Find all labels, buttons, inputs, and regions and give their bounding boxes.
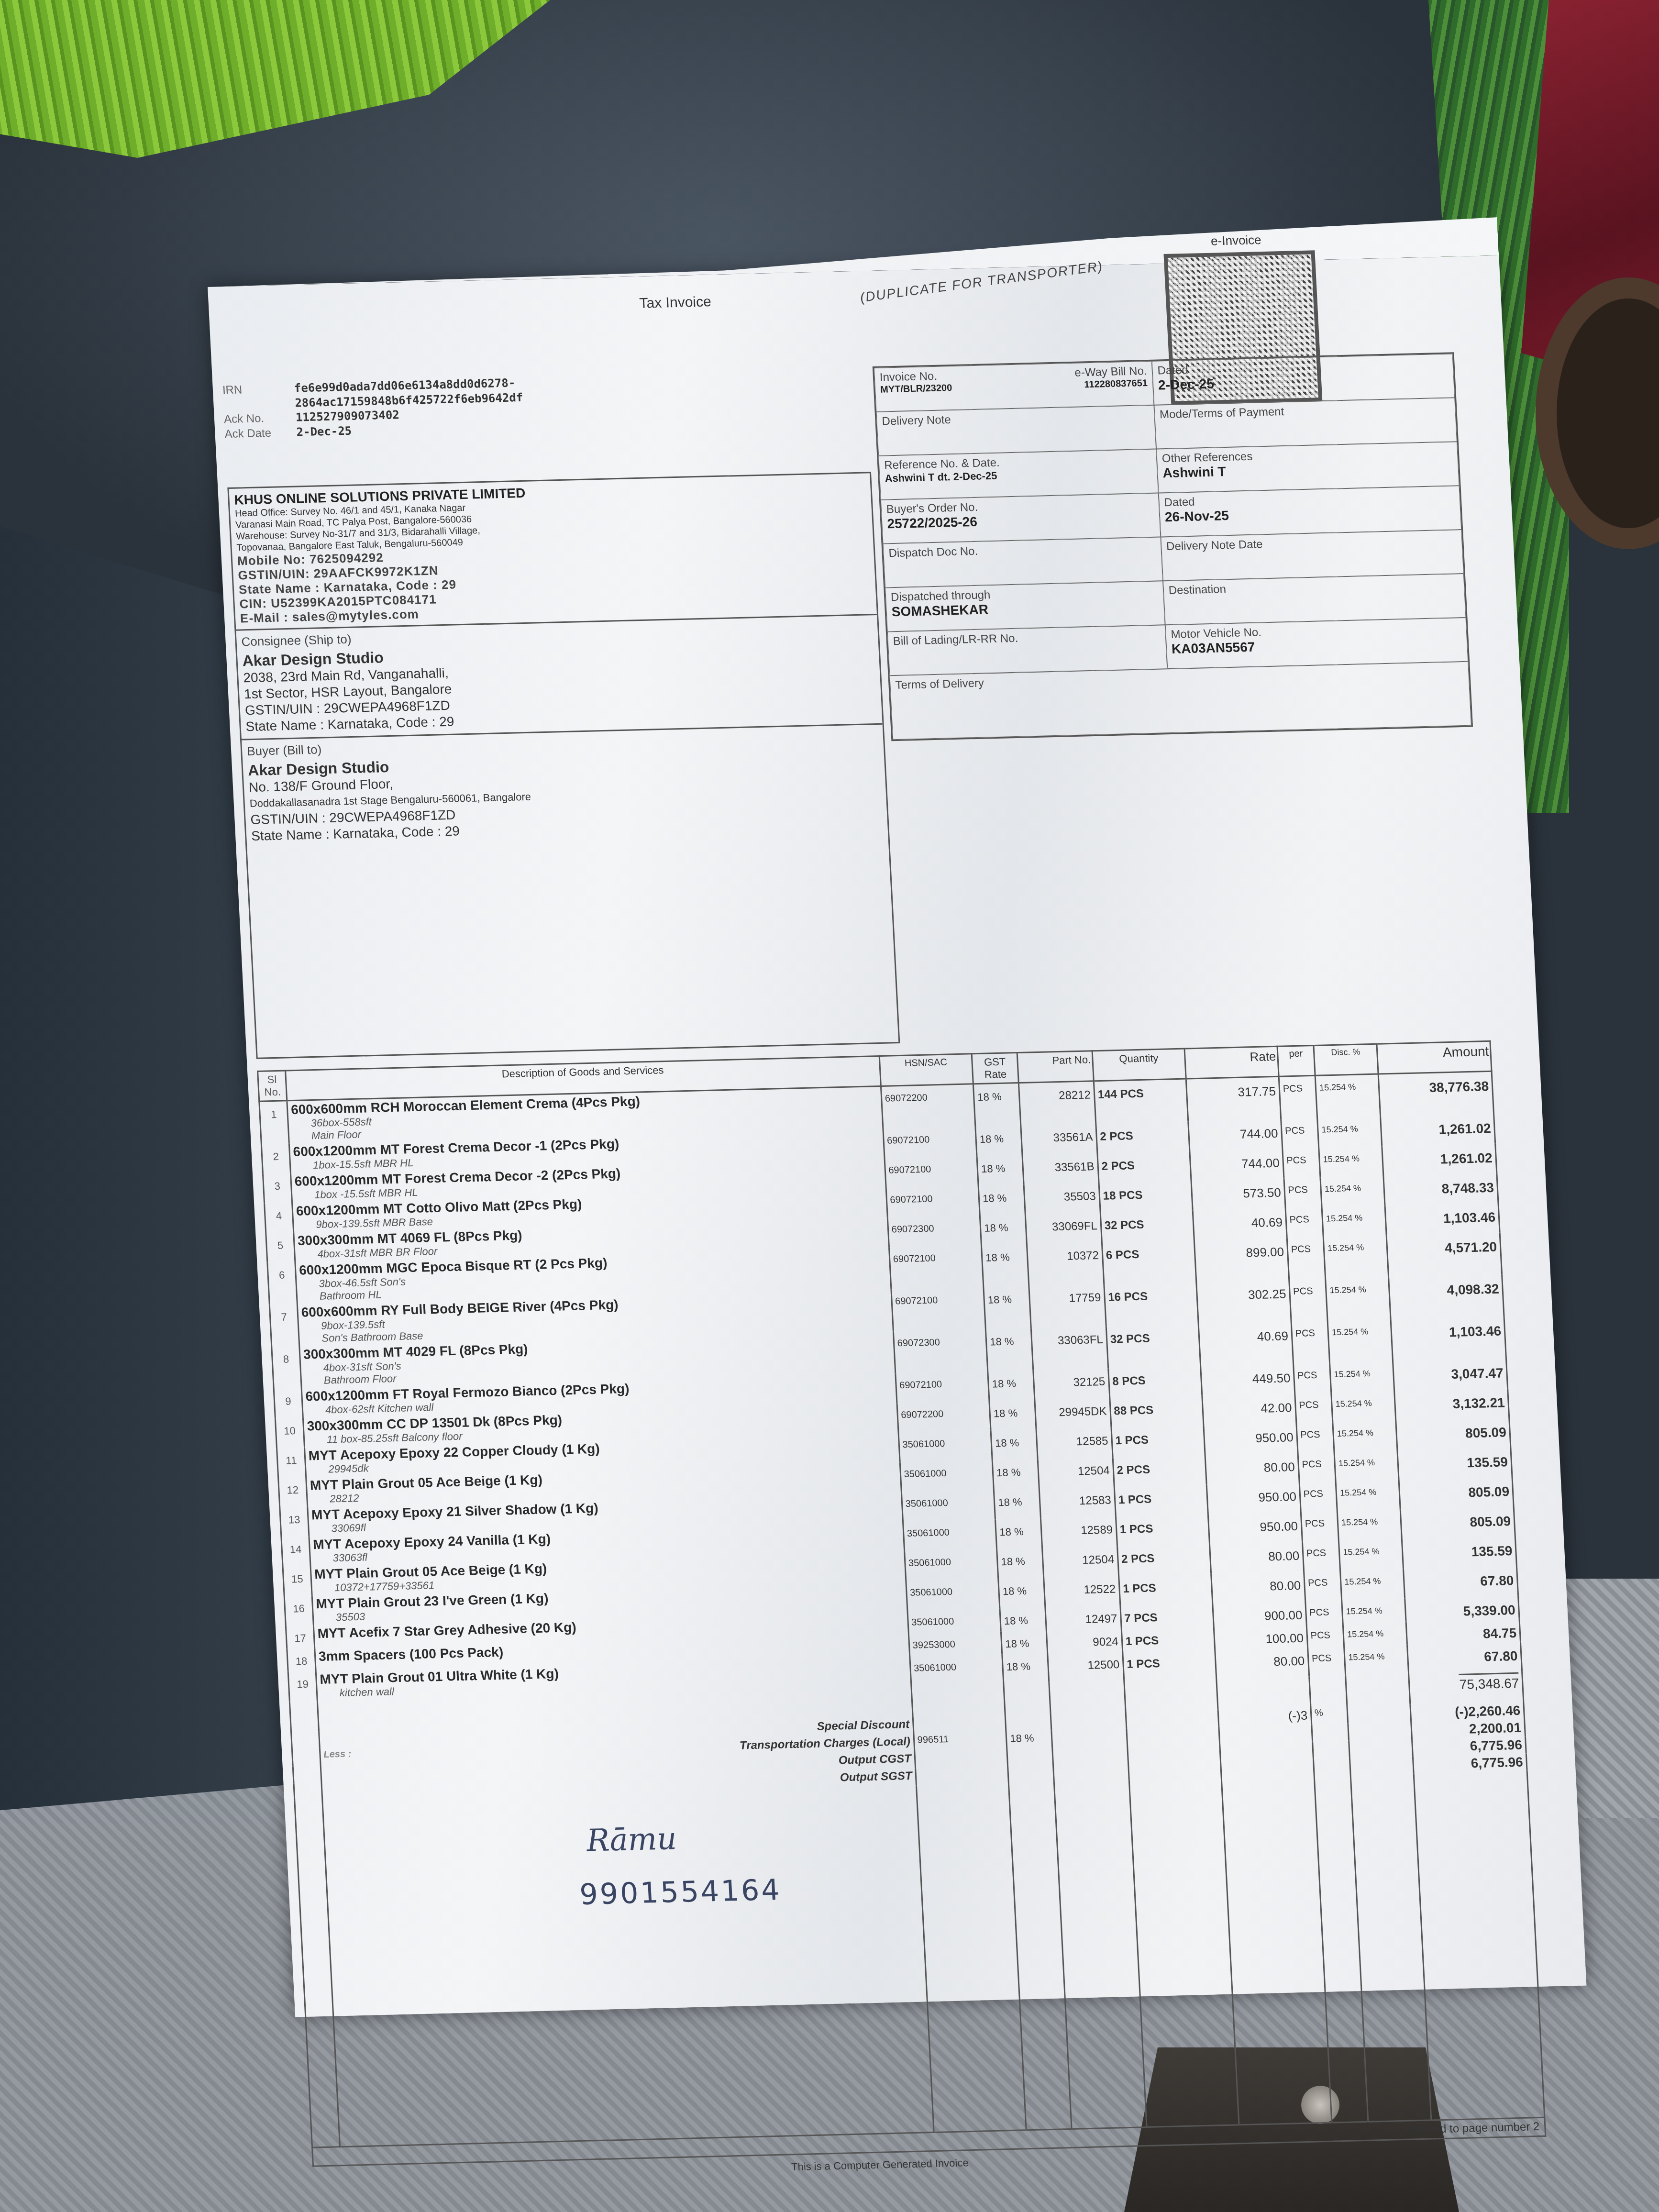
item-disc: 15.254 % — [1336, 1480, 1400, 1511]
item-hsn: 35061000 — [904, 1549, 998, 1581]
item-qty: 16 PCS — [1104, 1282, 1198, 1327]
item-disc: 15.254 % — [1333, 1421, 1397, 1452]
continued-note: continued to page number 2 — [1396, 2120, 1540, 2136]
item-sl: 9 — [274, 1388, 303, 1418]
item-gst: 18 % — [982, 1244, 1029, 1287]
item-disc: 15.254 % — [1343, 1622, 1407, 1646]
einvoice-label: e-Invoice — [1210, 232, 1261, 249]
item-part: 17759 — [1029, 1284, 1106, 1328]
item-gst: 18 % — [975, 1126, 1022, 1156]
item-hsn: 69072200 — [881, 1084, 975, 1129]
delivery-note-cell: Delivery Note — [876, 405, 1156, 456]
ack-no-label: Ack No. — [223, 411, 296, 427]
item-per: PCS — [1305, 1600, 1343, 1624]
buyer-section: Buyer (Bill to) Akar Design Studio No. 1… — [242, 723, 888, 849]
adjustment-hsn — [914, 1749, 1007, 1769]
item-hsn: 35061000 — [898, 1431, 993, 1463]
adjustment-gst — [1007, 1748, 1053, 1766]
item-sl: 18 — [287, 1648, 316, 1671]
col-part: Part No. — [1017, 1051, 1094, 1083]
item-sl: 8 — [272, 1346, 301, 1389]
item-qty: 2 PCS — [1095, 1121, 1190, 1153]
item-disc: 15.254 % — [1319, 1146, 1383, 1177]
item-part: 12522 — [1044, 1576, 1120, 1607]
item-amount: 805.09 — [1400, 1507, 1515, 1539]
item-part: 28212 — [1018, 1081, 1095, 1126]
item-qty: 1 PCS — [1122, 1649, 1217, 1681]
item-per: PCS — [1306, 1623, 1344, 1647]
item-amount: 1,103.46 — [1391, 1316, 1506, 1361]
item-rate: 950.00 — [1206, 1482, 1301, 1515]
item-rate: 42.00 — [1202, 1394, 1296, 1426]
item-sl: 11 — [277, 1448, 306, 1478]
item-gst: 18 % — [995, 1518, 1042, 1549]
item-disc: 15.254 % — [1330, 1361, 1394, 1393]
adjustment-gst: 18 % — [1006, 1731, 1052, 1749]
item-part: 12504 — [1038, 1457, 1114, 1489]
handwritten-phone: 9901554164 — [579, 1870, 918, 1912]
item-hsn: 69072100 — [889, 1245, 984, 1290]
item-per: PCS — [1301, 1511, 1339, 1542]
eway-bill-value: 112280837651 — [1084, 378, 1148, 390]
item-rate: 900.00 — [1213, 1601, 1306, 1626]
bill-of-lading-cell: Bill of Lading/LR-RR No. — [887, 625, 1167, 675]
item-amount: 8,748.33 — [1383, 1173, 1498, 1206]
payment-terms-cell: Mode/Terms of Payment — [1154, 398, 1457, 449]
col-gst: GST Rate — [972, 1053, 1018, 1084]
adjustment-label: Transportation Charges (Local) — [739, 1735, 910, 1752]
item-per: PCS — [1284, 1178, 1322, 1208]
irn-block: IRNfe6e99d0ada7dd06e6134a8dd0d6278- 2864… — [222, 375, 525, 442]
item-qty: 7 PCS — [1120, 1603, 1214, 1628]
item-sl: 17 — [286, 1625, 314, 1648]
item-part: 32125 — [1033, 1369, 1110, 1400]
item-hsn: 35061000 — [903, 1519, 997, 1551]
item-sl: 4 — [265, 1203, 294, 1233]
item-amount: 3,047.47 — [1393, 1359, 1508, 1391]
item-part: 12583 — [1039, 1487, 1116, 1518]
item-amount: 3,132.21 — [1394, 1388, 1509, 1421]
adjustment-rate — [1219, 1724, 1312, 1744]
item-disc: 15.254 % — [1344, 1645, 1409, 1676]
item-hsn: 69072100 — [891, 1287, 986, 1332]
item-hsn: 35061000 — [906, 1579, 1000, 1611]
invoice-no-cell: Invoice No.e-Way Bill No. MYT/BLR/232001… — [874, 361, 1154, 412]
adjustment-per — [1312, 1724, 1349, 1742]
invoice-page: Tax Invoice (DUPLICATE FOR TRANSPORTER) … — [208, 255, 1586, 2017]
item-amount: 135.59 — [1397, 1448, 1512, 1480]
item-hsn: 35061000 — [900, 1460, 994, 1493]
dispatched-through-cell: Dispatched through SOMASHEKAR — [885, 581, 1165, 631]
item-per: PCS — [1295, 1393, 1333, 1423]
item-hsn: 69072100 — [885, 1156, 979, 1188]
item-disc: 15.254 % — [1339, 1539, 1404, 1571]
item-qty: 8 PCS — [1108, 1366, 1202, 1398]
item-rate: 899.00 — [1194, 1238, 1289, 1282]
item-per: PCS — [1283, 1148, 1321, 1179]
adjustment-gst — [1005, 1714, 1051, 1732]
item-disc: 15.254 % — [1340, 1569, 1405, 1600]
item-per: PCS — [1298, 1452, 1336, 1482]
destination-cell: Destination — [1163, 574, 1466, 625]
item-amount: 805.09 — [1399, 1477, 1514, 1510]
item-rate: 100.00 — [1214, 1624, 1307, 1649]
item-sl: 12 — [278, 1477, 308, 1507]
item-gst: 18 % — [994, 1489, 1041, 1519]
item-per: PCS — [1279, 1075, 1317, 1119]
adjustment-gst — [1008, 1765, 1054, 1783]
item-gst: 18 % — [988, 1370, 1035, 1401]
item-per: PCS — [1281, 1118, 1319, 1149]
item-part: 12500 — [1048, 1651, 1124, 1683]
item-part: 12589 — [1041, 1516, 1117, 1548]
invoice-no-label: Invoice No. — [879, 370, 937, 385]
item-gst: 18 % — [977, 1155, 1024, 1186]
item-disc: 15.254 % — [1315, 1074, 1380, 1118]
adjustment-hsn — [913, 1714, 1006, 1734]
ack-date-label: Ack Date — [224, 426, 297, 441]
item-hsn: 35061000 — [901, 1490, 995, 1522]
terms-of-delivery-cell: Terms of Delivery — [890, 662, 1471, 740]
item-qty: 144 PCS — [1094, 1079, 1188, 1124]
adjustment-amount: (-)2,260.46 — [1410, 1702, 1525, 1722]
item-amount: 67.80 — [1404, 1566, 1518, 1599]
item-rate: 40.69 — [1193, 1208, 1287, 1240]
item-qty: 1 PCS — [1121, 1626, 1215, 1651]
adjustment-label: Output SGST — [840, 1770, 912, 1784]
col-hsn: HSN/SAC — [879, 1054, 973, 1086]
bill-of-lading-label: Bill of Lading/LR-RR No. — [893, 628, 1161, 648]
adjustment-amount: 2,200.01 — [1411, 1719, 1526, 1739]
goods-table: Sl No. Description of Goods and Services… — [257, 1040, 1547, 2185]
adjustment-rate — [1221, 1759, 1314, 1778]
item-rate: 744.00 — [1190, 1149, 1284, 1181]
item-amount: 1,103.46 — [1385, 1203, 1500, 1236]
item-qty: 1 PCS — [1114, 1485, 1208, 1517]
item-hsn: 39253000 — [908, 1631, 1002, 1657]
col-per: per — [1277, 1045, 1316, 1076]
item-part: 10372 — [1027, 1242, 1104, 1286]
item-disc: 15.254 % — [1331, 1391, 1396, 1422]
item-per: PCS — [1289, 1279, 1328, 1322]
item-rate: 317.75 — [1186, 1076, 1281, 1121]
seller-section: KHUS ONLINE SOLUTIONS PRIVATE LIMITED He… — [229, 473, 876, 629]
item-disc: 15.254 % — [1322, 1206, 1386, 1237]
item-gst: 18 % — [986, 1328, 1033, 1371]
item-gst: 18 % — [991, 1429, 1038, 1460]
item-per: PCS — [1293, 1363, 1331, 1394]
item-per: PCS — [1296, 1422, 1335, 1453]
item-gst: 18 % — [973, 1083, 1021, 1127]
item-qty: 18 PCS — [1099, 1181, 1193, 1213]
other-references-cell: Other References Ashwini T — [1156, 442, 1460, 493]
item-rows: 1600x600mm RCH Moroccan Element Crema (4… — [259, 1071, 1522, 1701]
ack-date-value: 2-Dec-25 — [296, 424, 352, 439]
adjustment-per — [1313, 1758, 1350, 1776]
item-sl: 3 — [263, 1173, 292, 1203]
item-qty: 2 PCS — [1113, 1455, 1207, 1487]
adjustment-rate — [1220, 1741, 1313, 1761]
adjustment-amount: 6,775.96 — [1412, 1736, 1526, 1757]
destination-label: Destination — [1168, 577, 1459, 597]
item-qty: 2 PCS — [1097, 1151, 1192, 1183]
dispatch-doc-label: Dispatch Doc No. — [888, 541, 1156, 561]
item-rate: 80.00 — [1215, 1647, 1309, 1679]
item-hsn: 35061000 — [907, 1608, 1001, 1634]
item-rate: 950.00 — [1208, 1512, 1303, 1544]
item-sl: 13 — [280, 1507, 309, 1537]
item-rate: 40.69 — [1198, 1322, 1293, 1366]
item-qty: 32 PCS — [1100, 1210, 1194, 1242]
reference-grid: Invoice No.e-Way Bill No. MYT/BLR/232001… — [873, 352, 1473, 741]
item-per: PCS — [1291, 1321, 1330, 1364]
item-qty: 32 PCS — [1106, 1324, 1201, 1369]
item-part: 33069FL — [1025, 1213, 1102, 1244]
col-amount: Amount — [1377, 1041, 1492, 1074]
item-sl: 7 — [269, 1304, 299, 1347]
item-rate: 302.25 — [1196, 1280, 1291, 1324]
item-gst: 18 % — [992, 1459, 1039, 1490]
item-disc: 15.254 % — [1326, 1277, 1391, 1321]
item-sl: 6 — [267, 1262, 297, 1305]
item-disc: 15.254 % — [1323, 1235, 1388, 1279]
item-per: PCS — [1307, 1646, 1346, 1677]
col-discount: Disc. % — [1314, 1044, 1378, 1075]
consignee-section: Consignee (Ship to) Akar Design Studio 2… — [236, 614, 882, 739]
item-hsn: 69072300 — [893, 1329, 988, 1374]
delivery-note-date-cell: Delivery Note Date — [1161, 530, 1464, 581]
adjustment-hsn — [915, 1766, 1008, 1786]
item-amount: 805.09 — [1396, 1418, 1511, 1450]
adjustment-per: % — [1311, 1706, 1348, 1725]
reference-cell: Reference No. & Date. Ashwini T dt. 2-De… — [878, 449, 1158, 500]
item-per: PCS — [1304, 1571, 1342, 1601]
item-per: PCS — [1302, 1541, 1340, 1571]
item-sl: 10 — [275, 1418, 304, 1448]
item-amount: 1,261.02 — [1381, 1114, 1495, 1147]
invoice-no-value: MYT/BLR/23200 — [880, 383, 952, 396]
item-sl: 19 — [288, 1671, 317, 1701]
item-hsn: 69072200 — [897, 1401, 991, 1433]
item-qty: 6 PCS — [1102, 1240, 1196, 1284]
item-disc: 15.254 % — [1320, 1176, 1385, 1207]
item-part: 29945DK — [1035, 1398, 1111, 1430]
item-sl: 1 — [259, 1101, 289, 1144]
delivery-note-label: Delivery Note — [882, 409, 1150, 429]
party-block: KHUS ONLINE SOLUTIONS PRIVATE LIMITED He… — [227, 472, 900, 1059]
adjustment-rate: (-)3 — [1218, 1707, 1311, 1726]
item-gst: 18 % — [984, 1286, 1031, 1329]
item-qty: 1 PCS — [1118, 1573, 1213, 1605]
item-part: 9024 — [1046, 1628, 1122, 1653]
handwritten-signature: Rāmu — [586, 1815, 916, 1859]
signature-row: Rāmu 9901554164 — [295, 1770, 1545, 2147]
item-per: PCS — [1299, 1482, 1338, 1512]
dispatch-doc-cell: Dispatch Doc No. — [883, 537, 1163, 587]
item-part: 12504 — [1042, 1546, 1119, 1578]
item-qty: 1 PCS — [1116, 1515, 1210, 1547]
subtotal-value: 75,348.67 — [1459, 1672, 1520, 1692]
item-hsn: 35061000 — [909, 1654, 1004, 1686]
vehicle-cell: Motor Vehicle No. KA03AN5567 — [1165, 618, 1468, 669]
eway-bill-label: e-Way Bill No. — [1074, 365, 1148, 380]
copy-label: (DUPLICATE FOR TRANSPORTER) — [859, 259, 1105, 306]
item-disc: 15.254 % — [1317, 1117, 1382, 1148]
item-qty: 2 PCS — [1117, 1544, 1211, 1576]
item-per: PCS — [1285, 1207, 1324, 1238]
payment-terms-label: Mode/Terms of Payment — [1160, 401, 1450, 422]
delivery-note-date-label: Delivery Note Date — [1166, 533, 1457, 553]
item-amount: 5,339.00 — [1405, 1596, 1519, 1622]
item-rate: 744.00 — [1188, 1119, 1283, 1151]
adjustment-label: Output CGST — [838, 1752, 911, 1767]
item-rate: 449.50 — [1201, 1364, 1295, 1396]
item-disc: 15.254 % — [1327, 1319, 1393, 1363]
item-gst: 18 % — [997, 1548, 1044, 1579]
signature-area: Rāmu 9901554164 — [322, 1786, 934, 2147]
item-gst: 18 % — [1000, 1607, 1046, 1631]
item-sl: 14 — [281, 1537, 310, 1567]
irn-label: IRN — [222, 382, 294, 398]
item-amount: 84.75 — [1406, 1619, 1520, 1645]
adjustment-amount: 6,775.96 — [1413, 1753, 1527, 1773]
adjustment-label: Special Discount — [817, 1718, 910, 1733]
item-hsn: 69072100 — [886, 1186, 980, 1218]
item-sl: 5 — [266, 1232, 295, 1262]
less-label: Less : — [323, 1749, 352, 1760]
buyers-order-cell: Buyer's Order No. 25722/2025-26 — [881, 493, 1161, 543]
item-qty: 1 PCS — [1111, 1426, 1206, 1458]
item-amount: 4,098.32 — [1389, 1274, 1504, 1319]
item-rate: 80.00 — [1210, 1542, 1304, 1574]
item-disc: 15.254 % — [1334, 1450, 1399, 1482]
item-gst: 18 % — [989, 1400, 1036, 1430]
ack-no-value: 112527909073402 — [295, 408, 399, 424]
item-gst: 18 % — [980, 1215, 1027, 1245]
item-amount: 1,261.02 — [1382, 1144, 1497, 1176]
item-qty: 88 PCS — [1110, 1396, 1204, 1428]
col-rate: Rate — [1184, 1046, 1279, 1079]
item-part: 12497 — [1045, 1605, 1121, 1630]
col-sl: Sl No. — [258, 1071, 287, 1101]
item-part: 35503 — [1024, 1183, 1100, 1215]
invoice-document: Tax Invoice (DUPLICATE FOR TRANSPORTER) … — [206, 217, 1596, 2017]
item-amount: 135.59 — [1402, 1537, 1517, 1569]
item-rate: 573.50 — [1191, 1179, 1285, 1211]
item-gst: 18 % — [1001, 1630, 1047, 1654]
item-part: 33561B — [1022, 1153, 1099, 1185]
document-title: Tax Invoice — [639, 294, 712, 312]
item-amount: 38,776.38 — [1378, 1071, 1493, 1117]
item-per: PCS — [1287, 1237, 1326, 1280]
item-disc: 15.254 % — [1342, 1599, 1406, 1623]
order-dated-cell: Dated 26-Nov-25 — [1159, 486, 1462, 537]
item-disc: 15.254 % — [1338, 1510, 1402, 1541]
item-rate: 80.00 — [1205, 1453, 1299, 1485]
adjustment-hsn: 996511 — [914, 1732, 1007, 1751]
dated-cell: Dated 2-Dec-25 — [1152, 354, 1455, 405]
item-sl: 15 — [283, 1566, 312, 1596]
col-quantity: Quantity — [1092, 1049, 1186, 1081]
item-gst: 18 % — [1002, 1653, 1049, 1684]
item-sl: 2 — [261, 1143, 290, 1173]
item-rate: 80.00 — [1211, 1571, 1305, 1604]
item-amount: 4,571.20 — [1386, 1233, 1502, 1278]
item-hsn: 69072100 — [895, 1371, 989, 1404]
item-sl: 16 — [284, 1595, 313, 1626]
item-hsn: 69072300 — [887, 1216, 982, 1248]
item-part: 33561A — [1021, 1124, 1097, 1155]
item-part: 33063FL — [1031, 1327, 1108, 1371]
item-gst: 18 % — [998, 1578, 1045, 1608]
adjustment-per — [1312, 1741, 1349, 1759]
item-part: 12585 — [1036, 1427, 1113, 1459]
item-gst: 18 % — [978, 1185, 1025, 1216]
item-hsn: 69072100 — [883, 1127, 977, 1159]
item-amount: 67.80 — [1407, 1642, 1522, 1674]
item-rate: 950.00 — [1204, 1423, 1298, 1455]
